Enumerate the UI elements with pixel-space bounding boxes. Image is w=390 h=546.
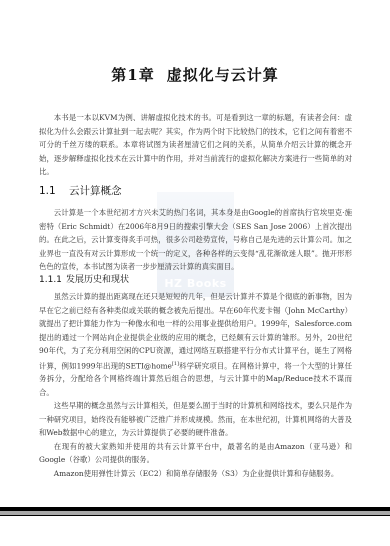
section-heading-1-1-1: 1.1.1发展历史和现状 <box>39 272 129 285</box>
chapter-title: 第1章虚拟化与云计算 <box>0 64 390 85</box>
intro-paragraph: 本书是一本以KVM为例、讲解虚拟化技术的书。可是看到这一章的标题，有读者会问：虚… <box>39 111 352 179</box>
footnote-marker[interactable]: [1] <box>172 361 179 367</box>
history-paragraph-3: 在现有的被大家熟知并使用的共有云计算平台中，最著名的是由Amazon（亚马逊）和… <box>39 440 352 467</box>
intro-block: 本书是一本以KVM为例、讲解虚拟化技术的书。可是看到这一章的标题，有读者会问：虚… <box>39 111 352 179</box>
section-number: 1.1 <box>39 185 69 197</box>
subsection-number: 1.1.1 <box>39 275 66 285</box>
document-page: 第1章虚拟化与云计算 HZ Books 本书是一本以KVM为例、讲解虚拟化技术的… <box>0 0 390 546</box>
chapter-name: 虚拟化与云计算 <box>167 66 279 84</box>
section-1-1-1-body: 虽然云计算的提出距离现在还只是短短的几年，但是云计算并不算是个彻底的新事物，因为… <box>39 290 352 480</box>
subsection-title: 发展历史和现状 <box>66 275 129 285</box>
chapter-number: 第1章 <box>111 66 154 84</box>
history-paragraph-1: 虽然云计算的提出距离现在还只是短短的几年，但是云计算并不算是个彻底的新事物，因为… <box>39 290 352 399</box>
section-heading-1-1: 1.1云计算概念 <box>39 183 122 198</box>
section-1-1-body: 云计算是一个本世纪初才方兴未艾的热门名词，其本身是由Google的首席执行官埃里… <box>39 206 352 274</box>
section-title: 云计算概念 <box>69 185 122 197</box>
history-paragraph-4: Amazon使用弹性计算云（EC2）和简单存储服务（S3）为企业提供计算和存储服… <box>39 467 352 481</box>
history-paragraph-2: 这些早期的概念虽然与云计算相关，但是要么囿于当时的计算机和网络技术，要么只是作为… <box>39 399 352 440</box>
page-bottom-rule-thin <box>0 515 390 516</box>
watermark-text: HZ Books <box>157 277 234 290</box>
section-1-1-paragraph: 云计算是一个本世纪初才方兴未艾的热门名词，其本身是由Google的首席执行官埃里… <box>39 206 352 274</box>
